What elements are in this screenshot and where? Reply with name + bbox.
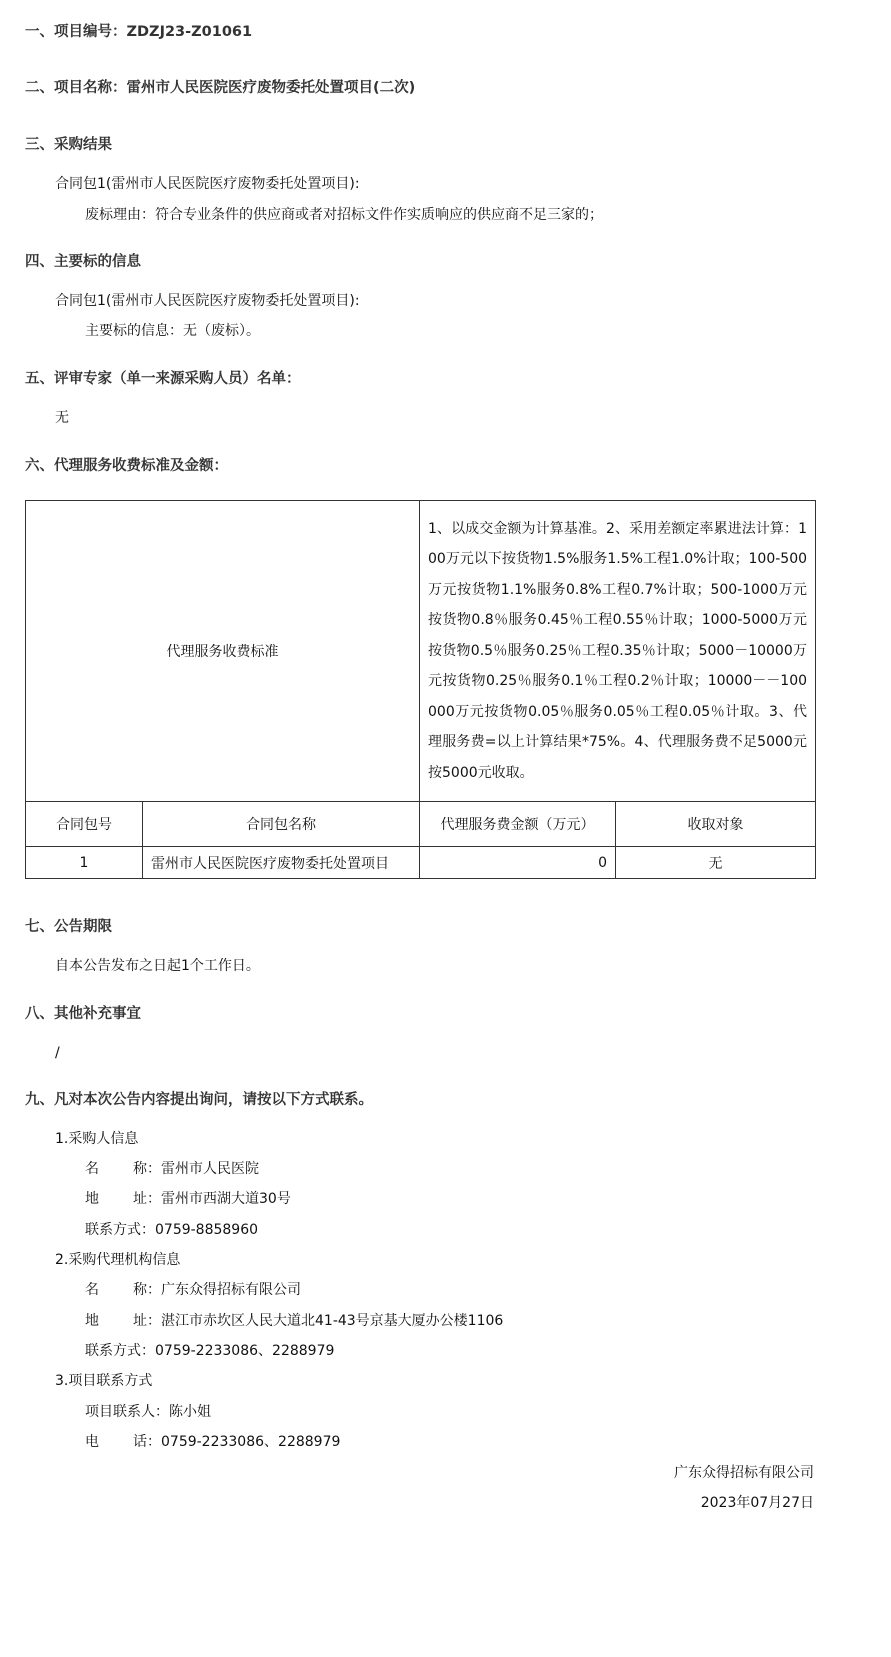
procurement-result-reason: 废标理由：符合专业条件的供应商或者对招标文件作实质响应的供应商不足三家的； [85, 205, 603, 225]
fee-standard-label: 代理服务收费标准 [26, 501, 420, 802]
footer-date: 2023年07月27日 [701, 1493, 814, 1513]
project-contact-title: 3.项目联系方式 [55, 1371, 152, 1391]
footer-company: 广东众得招标有限公司 [674, 1463, 814, 1483]
purchaser-name: 雷州市人民医院 [161, 1161, 259, 1177]
col-header-package-name: 合同包名称 [143, 802, 420, 847]
agency-title: 2.采购代理机构信息 [55, 1250, 180, 1270]
project-number-value: ZDZJ23-Z01061 [127, 24, 253, 40]
purchaser-contact-line: 联系方式：0759-8858960 [85, 1220, 258, 1240]
agency-contact: 0759-2233086、2288979 [155, 1343, 334, 1359]
agency-name-line: 名称：广东众得招标有限公司 [85, 1280, 301, 1300]
section-project-name: 二、项目名称：雷州市人民医院医疗废物委托处置项目(二次) [25, 78, 415, 98]
purchaser-contact: 0759-8858960 [155, 1222, 258, 1238]
col-header-charge-target: 收取对象 [616, 802, 816, 847]
table-header-row: 合同包号 合同包名称 代理服务费金额（万元） 收取对象 [26, 802, 816, 847]
cell-package-no: 1 [26, 847, 143, 879]
main-subject-package: 合同包1(雷州市人民医院医疗废物委托处置项目): [55, 291, 360, 311]
agency-contact-line: 联系方式：0759-2233086、2288979 [85, 1341, 334, 1361]
project-contact-person: 陈小姐 [169, 1404, 211, 1420]
agency-fee-table: 代理服务收费标准 1、以成交金额为计算基准。2、采用差额定率累进法计算：100万… [25, 500, 816, 879]
section-heading-notice-period: 七、公告期限 [25, 917, 112, 937]
project-contact-phone-line: 电话：0759-2233086、2288979 [85, 1432, 340, 1452]
notice-period-value: 自本公告发布之日起1个工作日。 [55, 956, 260, 976]
project-contact-phone: 0759-2233086、2288979 [161, 1434, 340, 1450]
agency-address: 湛江市赤坎区人民大道北41-43号京基大厦办公楼1106 [161, 1313, 503, 1329]
col-header-fee-amount: 代理服务费金额（万元） [420, 802, 616, 847]
purchaser-address: 雷州市西湖大道30号 [161, 1191, 291, 1207]
agency-name: 广东众得招标有限公司 [161, 1282, 301, 1298]
section-heading-main-subject: 四、主要标的信息 [25, 252, 141, 272]
section-project-number: 一、项目编号：ZDZJ23-Z01061 [25, 22, 252, 42]
other-matters-value: / [55, 1043, 60, 1063]
purchaser-address-line: 地址：雷州市西湖大道30号 [85, 1189, 291, 1209]
cell-package-name: 雷州市人民医院医疗废物委托处置项目 [143, 847, 420, 879]
agency-address-line: 地址：湛江市赤坎区人民大道北41-43号京基大厦办公楼1106 [85, 1311, 503, 1331]
procurement-result-package: 合同包1(雷州市人民医院医疗废物委托处置项目): [55, 174, 360, 194]
section-heading-experts: 五、评审专家（单一来源采购人员）名单： [25, 369, 301, 389]
fee-standard-text: 1、以成交金额为计算基准。2、采用差额定率累进法计算：100万元以下按货物1.5… [420, 501, 816, 802]
experts-value: 无 [55, 408, 69, 428]
project-number-label: 一、项目编号： [25, 24, 127, 40]
purchaser-name-line: 名称：雷州市人民医院 [85, 1159, 259, 1179]
project-name-value: 雷州市人民医院医疗废物委托处置项目(二次) [127, 80, 416, 96]
main-subject-info: 主要标的信息：无（废标）。 [85, 321, 260, 341]
cell-fee-amount: 0 [420, 847, 616, 879]
section-heading-other-matters: 八、其他补充事宜 [25, 1004, 141, 1024]
project-contact-person-line: 项目联系人：陈小姐 [85, 1402, 211, 1422]
section-heading-procurement-result: 三、采购结果 [25, 135, 112, 155]
col-header-package-no: 合同包号 [26, 802, 143, 847]
section-heading-contact: 九、凡对本次公告内容提出询问，请按以下方式联系。 [25, 1090, 373, 1110]
fee-standard-row: 代理服务收费标准 1、以成交金额为计算基准。2、采用差额定率累进法计算：100万… [26, 501, 816, 802]
table-row: 1 雷州市人民医院医疗废物委托处置项目 0 无 [26, 847, 816, 879]
cell-charge-target: 无 [616, 847, 816, 879]
section-heading-agency-fee: 六、代理服务收费标准及金额： [25, 456, 228, 476]
purchaser-title: 1.采购人信息 [55, 1129, 138, 1149]
project-name-label: 二、项目名称： [25, 80, 127, 96]
